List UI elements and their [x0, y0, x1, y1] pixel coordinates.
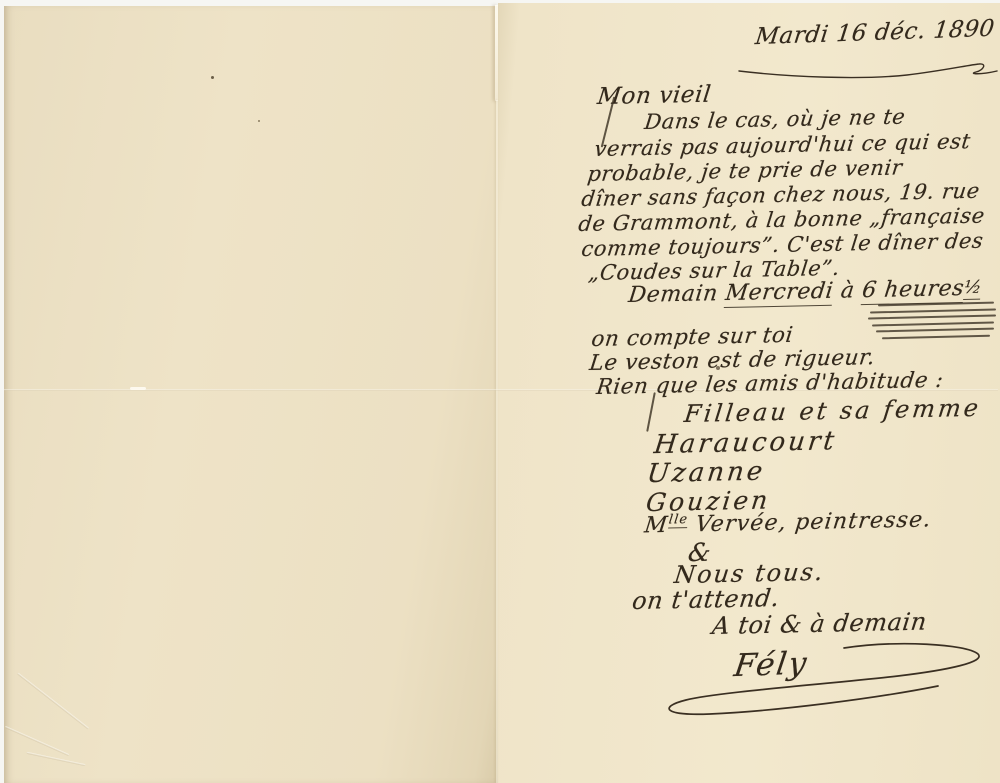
meeting-hour-fraction: ½ — [963, 277, 983, 299]
emphasis-hatching — [868, 303, 1000, 345]
letter-page-left-blank — [4, 6, 498, 783]
paper-speck — [211, 76, 214, 79]
guest-title-prefix: M — [643, 513, 670, 539]
meeting-day-underlined: Mercredi — [724, 279, 835, 308]
meeting-time-mid: à — [832, 278, 864, 304]
meeting-time-pre: Demain — [627, 281, 727, 308]
guest-title-superscript: lle — [668, 512, 689, 528]
vertical-fold-crease-faint — [496, 100, 498, 783]
guest-name: Uzanne — [645, 457, 767, 490]
meeting-hour-underlined: 6 heures — [861, 276, 966, 305]
paper-wrinkle — [130, 387, 146, 390]
guest-name: Haraucourt — [652, 426, 838, 460]
guest-name-rest: Vervée, peintresse. — [686, 507, 933, 537]
signature-flourish — [648, 636, 993, 726]
paper-speck — [258, 120, 260, 122]
scanned-letter: Mardi 16 déc. 1890 Mon vieil Dans le cas… — [0, 0, 1000, 783]
date-underline-flourish — [735, 56, 1000, 84]
vertical-fold-crease — [495, 5, 498, 101]
